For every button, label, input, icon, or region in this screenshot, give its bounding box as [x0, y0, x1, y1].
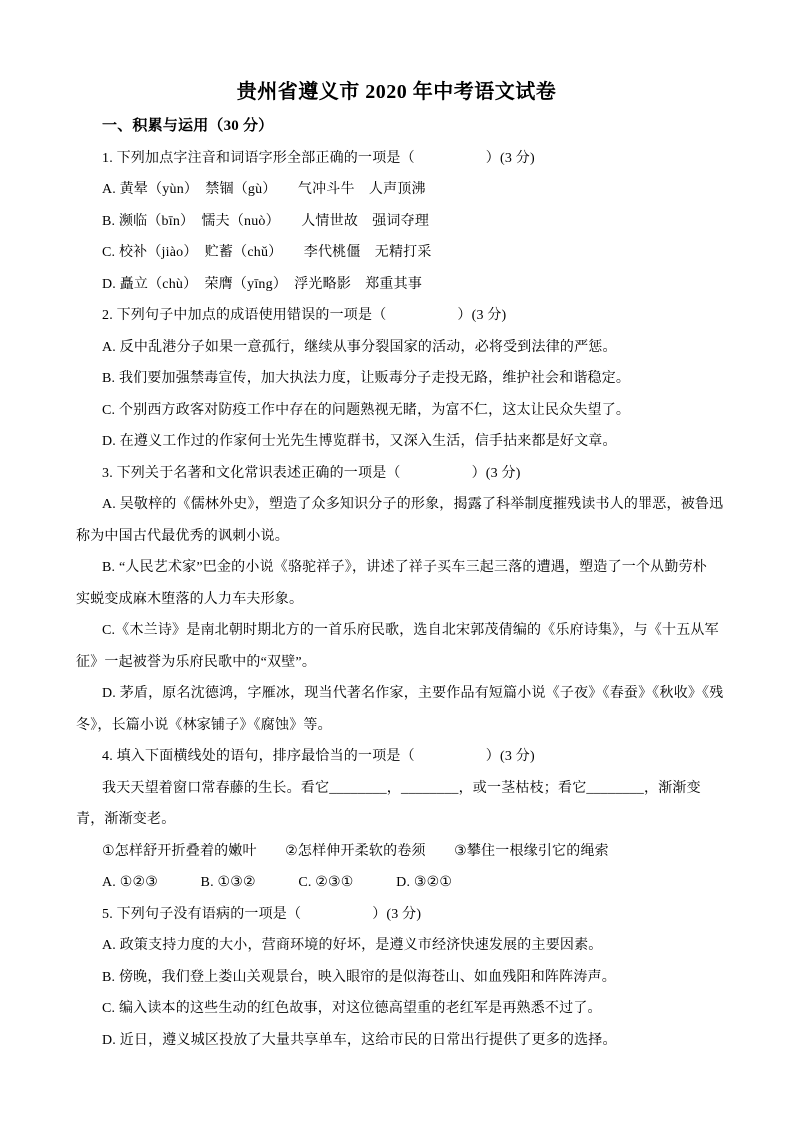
exam-paper-page: 贵州省遵义市 2020 年中考语文试卷 一、积累与运用（30 分） 1. 下列加…: [0, 0, 793, 1122]
question-4-choices: A. ①②③ B. ①③② C. ②③① D. ③②①: [76, 867, 716, 899]
question-1-option-d: D. 矗立（chù） 荣膺（yīng） 浮光略影 郑重其事: [76, 269, 716, 301]
question-3-option-d-line-2: 冬》，长篇小说《林家铺子》《腐蚀》等。: [76, 710, 716, 742]
question-3-option-b-line-2: 实蜕变成麻木堕落的人力车夫形象。: [76, 584, 716, 616]
question-2-stem: 2. 下列句子中加点的成语使用错误的一项是（ ）(3 分): [76, 300, 716, 332]
question-4-stem: 4. 填入下面横线处的语句，排序最恰当的一项是（ ）(3 分): [76, 741, 716, 773]
question-3-option-a-line-1: A. 吴敬梓的《儒林外史》，塑造了众多知识分子的形象，揭露了科举制度摧残读书人的…: [76, 489, 716, 521]
question-5-option-d: D. 近日，遵义城区投放了大量共享单车，这给市民的日常出行提供了更多的选择。: [76, 1025, 716, 1057]
question-3-option-c-line-2: 征》一起被誉为乐府民歌中的“双壁”。: [76, 647, 716, 679]
question-2-option-d: D. 在遵义工作过的作家何士光先生博览群书，又深入生活，信手拈来都是好文章。: [76, 426, 716, 458]
question-1-option-a: A. 黄晕（yùn） 禁锢（gù） 气冲斗牛 人声顶沸: [76, 174, 716, 206]
question-5-option-a: A. 政策支持力度的大小，营商环境的好坏，是遵义市经济快速发展的主要因素。: [76, 930, 716, 962]
question-3-option-c-line-1: C.《木兰诗》是南北朝时期北方的一首乐府民歌，选自北宋郭茂倩编的《乐府诗集》，与…: [76, 615, 716, 647]
question-3-option-a-line-2: 称为中国古代最优秀的讽刺小说。: [76, 521, 716, 553]
question-5-stem: 5. 下列句子没有语病的一项是（ ）(3 分): [76, 899, 716, 931]
question-2-option-b: B. 我们要加强禁毒宣传，加大执法力度，让贩毒分子走投无路，维护社会和谐稳定。: [76, 363, 716, 395]
section-heading: 一、积累与运用（30 分）: [76, 111, 716, 143]
question-3-stem: 3. 下列关于名著和文化常识表述正确的一项是（ ）(3 分): [76, 458, 716, 490]
question-1-stem: 1. 下列加点字注音和词语字形全部正确的一项是（ ）(3 分): [76, 143, 716, 175]
question-1-option-b: B. 濒临（bīn） 懦夫（nuò） 人情世故 强词夺理: [76, 206, 716, 238]
question-4-passage-line-2: 青，渐渐变老。: [76, 804, 716, 836]
question-4-passage-line-1: 我天天望着窗口常春藤的生长。看它________，________，或一茎枯枝；…: [76, 773, 716, 805]
question-5-option-b: B. 傍晚，我们登上娄山关观景台，映入眼帘的是似海苍山、如血残阳和阵阵涛声。: [76, 962, 716, 994]
question-3-option-d-line-1: D. 茅盾，原名沈德鸿，字雁冰，现当代著名作家，主要作品有短篇小说《子夜》《春蚕…: [76, 678, 716, 710]
question-3-option-b-line-1: B. “人民艺术家”巴金的小说《骆驼祥子》，讲述了祥子买车三起三落的遭遇，塑造了…: [76, 552, 716, 584]
question-5-option-c: C. 编入读本的这些生动的红色故事，对这位德高望重的老红军是再熟悉不过了。: [76, 993, 716, 1025]
document-body: 一、积累与运用（30 分） 1. 下列加点字注音和词语字形全部正确的一项是（ ）…: [76, 111, 716, 1056]
question-2-option-a: A. 反中乱港分子如果一意孤行，继续从事分裂国家的活动，必将受到法律的严惩。: [76, 332, 716, 364]
question-2-option-c: C. 个别西方政客对防疫工作中存在的问题熟视无睹，为富不仁，这太让民众失望了。: [76, 395, 716, 427]
question-4-numbered-items: ①怎样舒开折叠着的嫩叶 ②怎样伸开柔软的卷须 ③攀住一根缘引它的绳索: [76, 836, 716, 868]
question-1-option-c: C. 校补（jiào） 贮蓄（chǔ） 李代桃僵 无精打采: [76, 237, 716, 269]
page-title: 贵州省遵义市 2020 年中考语文试卷: [0, 76, 793, 108]
